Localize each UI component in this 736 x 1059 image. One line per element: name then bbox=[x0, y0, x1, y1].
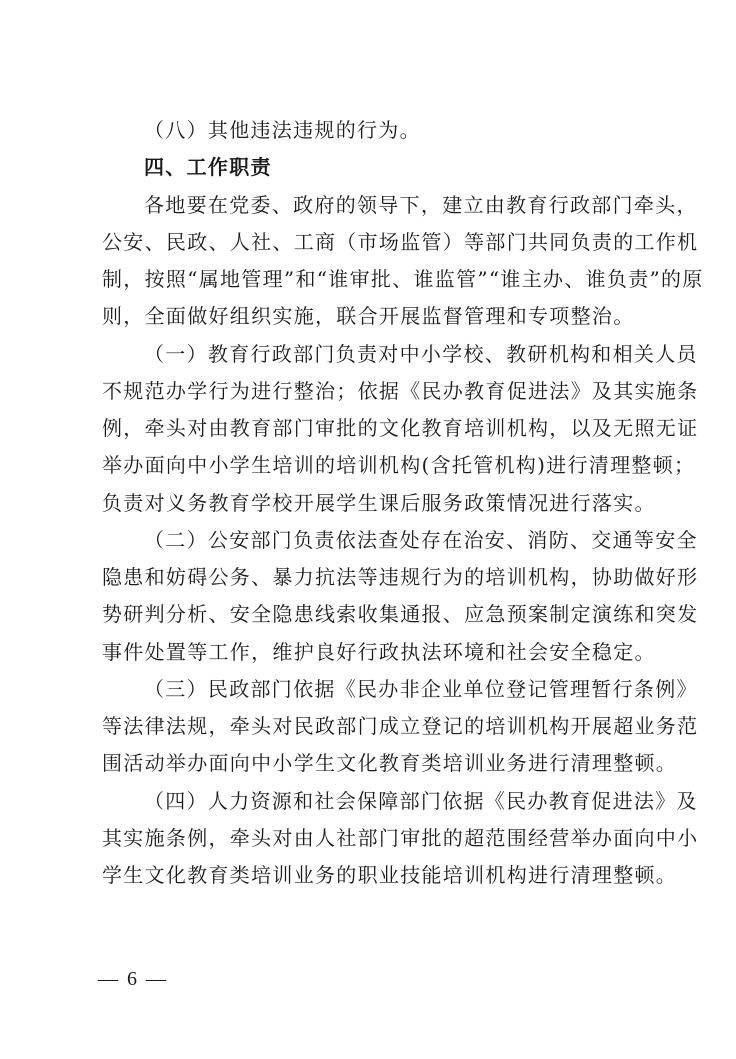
paragraph-line: （三）民政部门依据《民办非企业单位登记管理暂行条例》 bbox=[102, 671, 694, 708]
paragraph-line: 公安、民政、人社、工商（市场监管）等部门共同负责的工作机 bbox=[102, 224, 694, 261]
paragraph-line: 等法律法规，牵头对民政部门成立登记的培训机构开展超业务范 bbox=[102, 708, 694, 745]
paragraph-line: 隐患和妨碍公务、暴力抗法等违规行为的培训机构，协助做好形 bbox=[102, 559, 694, 596]
paragraph-line: 不规范办学行为进行整治；依据《民办教育促进法》及其实施条 bbox=[102, 373, 694, 410]
paragraph-line: （二）公安部门负责依法查处存在治安、消防、交通等安全 bbox=[102, 522, 694, 559]
section-heading: 四、工作职责 bbox=[102, 149, 694, 186]
paragraph-line: 学生文化教育类培训业务的职业技能培训机构进行清理整顿。 bbox=[102, 857, 694, 894]
paragraph-line: 其实施条例，牵头对由人社部门审批的超范围经营举办面向中小 bbox=[102, 820, 694, 857]
paragraph-line: 制，按照“属地管理”和“谁审批、谁监管”“谁主办、谁负责”的原 bbox=[102, 261, 694, 298]
paragraph-line: 举办面向中小学生培训的培训机构(含托管机构)进行清理整顿； bbox=[102, 447, 694, 484]
document-body: （八）其他违法违规的行为。 四、工作职责 各地要在党委、政府的领导下，建立由教育… bbox=[102, 112, 694, 894]
page-number: — 6 — bbox=[98, 968, 168, 991]
paragraph-line: 围活动举办面向中小学生文化教育类培训业务进行清理整顿。 bbox=[102, 745, 694, 782]
paragraph-line: （四）人力资源和社会保障部门依据《民办教育促进法》及 bbox=[102, 783, 694, 820]
paragraph-line: 各地要在党委、政府的领导下，建立由教育行政部门牵头， bbox=[102, 187, 694, 224]
paragraph-line: 则，全面做好组织实施，联合开展监督管理和专项整治。 bbox=[102, 298, 694, 335]
paragraph-line: 势研判分析、安全隐患线索收集通报、应急预案制定演练和突发 bbox=[102, 596, 694, 633]
paragraph-line: （一）教育行政部门负责对中小学校、教研机构和相关人员 bbox=[102, 336, 694, 373]
paragraph-line: 事件处置等工作，维护良好行政执法环境和社会安全稳定。 bbox=[102, 634, 694, 671]
list-item-8: （八）其他违法违规的行为。 bbox=[102, 112, 694, 149]
paragraph-line: 例，牵头对由教育部门审批的文化教育培训机构，以及无照无证 bbox=[102, 410, 694, 447]
paragraph-line: 负责对义务教育学校开展学生课后服务政策情况进行落实。 bbox=[102, 485, 694, 522]
